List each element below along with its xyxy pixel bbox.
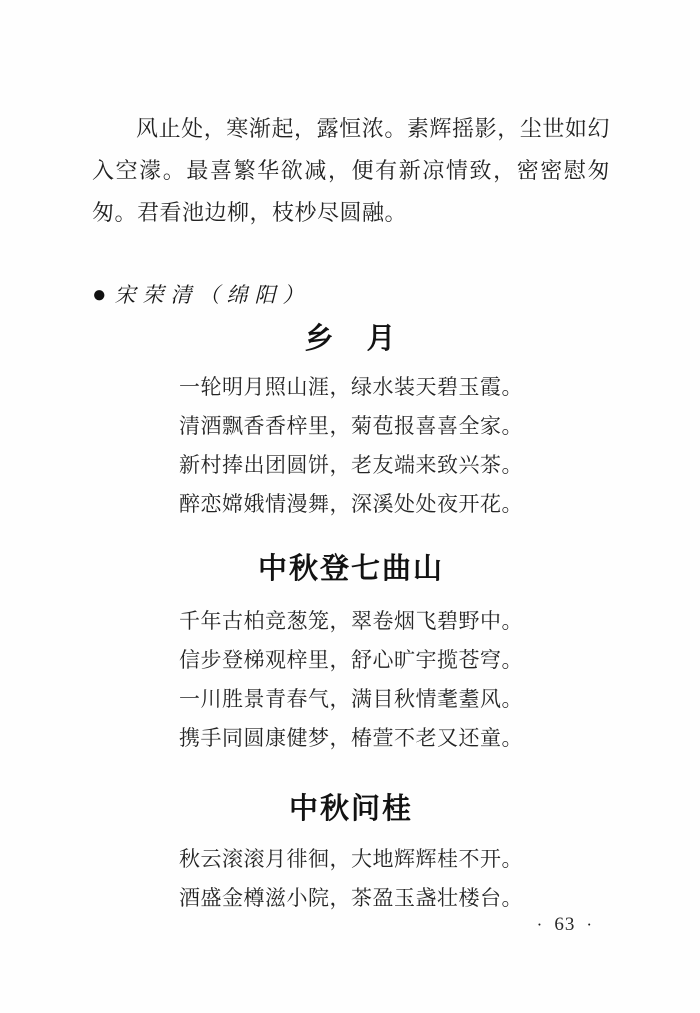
poem-line: 一轮明月照山涯，绿水装天碧玉霞。 <box>92 368 610 407</box>
poem-line: 携手同圆康健梦，椿萱不老又还童。 <box>92 719 610 758</box>
intro-paragraph: 风止处，寒渐起，露恒浓。素辉摇影，尘世如幻入空濛。最喜繁华欲减，便有新凉情致，密… <box>92 108 610 234</box>
author-line: ● 宋荣清（绵阳） <box>92 280 610 310</box>
poem-lines: 秋云滚滚月徘徊，大地辉辉桂不开。 酒盛金樽滋小院，茶盈玉盏壮楼台。 <box>92 840 610 918</box>
page-number: ·63· <box>526 914 604 936</box>
poem-line: 新村捧出团圆饼，老友端来致兴茶。 <box>92 446 610 485</box>
folio-number: 63 <box>554 914 575 935</box>
poem-title: 中秋登七曲山 <box>92 550 610 588</box>
poem-title: 中秋问桂 <box>92 790 610 828</box>
poem-line: 千年古柏竞葱笼，翠卷烟飞碧野中。 <box>92 602 610 641</box>
author-bullet-icon: ● <box>92 280 107 310</box>
poem-title: 乡 月 <box>92 320 610 358</box>
poem-line: 秋云滚滚月徘徊，大地辉辉桂不开。 <box>92 840 610 879</box>
folio-right-dot: · <box>586 915 593 934</box>
author-name: 宋荣清（绵阳） <box>115 280 311 310</box>
book-page: 风止处，寒渐起，露恒浓。素辉摇影，尘世如幻入空濛。最喜繁华欲减，便有新凉情致，密… <box>0 0 700 1013</box>
poem-line: 醉恋嫦娥情漫舞，深溪处处夜开花。 <box>92 485 610 524</box>
poem-section-zhongqiu-wen-gui: 中秋问桂 秋云滚滚月徘徊，大地辉辉桂不开。 酒盛金樽滋小院，茶盈玉盏壮楼台。 <box>92 790 610 918</box>
poem-line: 酒盛金樽滋小院，茶盈玉盏壮楼台。 <box>92 879 610 918</box>
poem-line: 一川胜景青春气，满目秋情耄耋风。 <box>92 680 610 719</box>
poem-lines: 千年古柏竞葱笼，翠卷烟飞碧野中。 信步登梯观梓里，舒心旷宇揽苍穹。 一川胜景青春… <box>92 602 610 758</box>
poem-section-xiang-yue: 乡 月 一轮明月照山涯，绿水装天碧玉霞。 清酒飘香香梓里，菊苞报喜喜全家。 新村… <box>92 320 610 524</box>
poem-line: 清酒飘香香梓里，菊苞报喜喜全家。 <box>92 407 610 446</box>
poem-section-zhongqiu-deng-qiqushan: 中秋登七曲山 千年古柏竞葱笼，翠卷烟飞碧野中。 信步登梯观梓里，舒心旷宇揽苍穹。… <box>92 550 610 758</box>
poem-lines: 一轮明月照山涯，绿水装天碧玉霞。 清酒飘香香梓里，菊苞报喜喜全家。 新村捧出团圆… <box>92 368 610 524</box>
poem-line: 信步登梯观梓里，舒心旷宇揽苍穹。 <box>92 641 610 680</box>
folio-left-dot: · <box>537 915 544 934</box>
